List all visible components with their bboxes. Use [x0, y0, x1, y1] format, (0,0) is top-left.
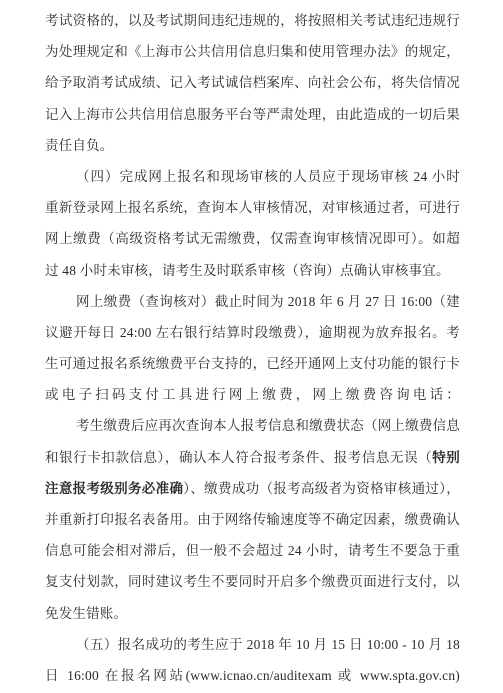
text-run: 或电子扫码支付工具进行网上缴费，网上缴费咨询电话：4001500800。	[45, 387, 460, 410]
text-line: 议避开每日 24:00 左右银行结算时段缴费），逾期视为放弃报名。考	[45, 317, 460, 348]
text-line: 复支付划款，同时建议考生不要同时开启多个缴费页面进行支付，以	[45, 566, 460, 597]
text-line: 或电子扫码支付工具进行网上缴费，网上缴费咨询电话：4001500800。	[45, 379, 460, 410]
scanned-document-page: 考试资格的，以及考试期间违纪违规的，将按照相关考试违纪违规行为处理规定和《上海市…	[0, 0, 503, 693]
bold-text-run: 注意报考级别务必准确	[45, 481, 183, 496]
text-run: 考试资格的，以及考试期间违纪违规的，将按照相关考试违纪违规行	[45, 13, 460, 28]
text-run: （五）报名成功的考生应于 2018 年 10 月 15 日 10:00 - 10…	[76, 637, 460, 652]
text-run: 议避开每日 24:00 左右银行结算时段缴费），逾期视为放弃报名。考	[45, 325, 460, 340]
text-run: 责任自负。	[45, 138, 114, 153]
text-run: 为处理规定和《上海市公共信用信息归集和使用管理办法》的规定，	[45, 44, 460, 59]
text-line: 网上缴费（高级资格考试无需缴费，仅需查询审核情况即可）。如超	[45, 223, 460, 254]
text-run: 生可通过报名系统缴费平台支持的，已经开通网上支付功能的银行卡	[45, 356, 460, 371]
text-run: ）、缴费成功（报考高级者为资格审核通过），	[183, 481, 460, 496]
text-run: 给予取消考试成绩、记入考试诚信档案库、向社会公布，将失信情况	[45, 75, 460, 90]
text-line: 日 16:00 在报名网站(www.icnao.cn/auditexam 或 w…	[45, 660, 460, 691]
text-run: 网上缴费（查询核对）截止时间为 2018 年 6 月 27 日 16:00（建	[76, 294, 460, 309]
text-line: 注意报考级别务必准确）、缴费成功（报考高级者为资格审核通过），	[45, 473, 460, 504]
text-run: （四）完成网上报名和现场审核的人员应于现场审核 24 小时后，	[45, 169, 460, 192]
text-run: 信息可能会相对滞后，但一般不会超过 24 小时，请考生不要急于重	[45, 543, 460, 558]
text-line: （五）报名成功的考生应于 2018 年 10 月 15 日 10:00 - 10…	[45, 629, 460, 660]
text-line: 信息可能会相对滞后，但一般不会超过 24 小时，请考生不要急于重	[45, 535, 460, 566]
document-text-body: 考试资格的，以及考试期间违纪违规的，将按照相关考试违纪违规行为处理规定和《上海市…	[0, 0, 503, 691]
text-run: 复支付划款，同时建议考生不要同时开启多个缴费页面进行支付，以	[45, 574, 460, 589]
text-run: 记入上海市公共信用信息服务平台等严肃处理，由此造成的一切后果	[45, 107, 460, 122]
text-line: 考生缴费后应再次查询本人报考信息和缴费状态（网上缴费信息	[45, 410, 460, 441]
text-line: 给予取消考试成绩、记入考试诚信档案库、向社会公布，将失信情况	[45, 67, 460, 98]
text-run: 免发生错账。	[45, 606, 127, 621]
text-line: 免发生错账。	[45, 598, 460, 629]
text-line: 并重新打印报名表备用。由于网络传输速度等不确定因素，缴费确认	[45, 504, 460, 535]
text-line: 和银行卡扣款信息），确认本人符合报考条件、报考信息无误（特别	[45, 442, 460, 473]
text-run: 过 48 小时未审核，请考生及时联系审核（咨询）点确认审核事宜。	[45, 263, 450, 278]
text-line: 网上缴费（查询核对）截止时间为 2018 年 6 月 27 日 16:00（建	[45, 286, 460, 317]
text-run: 网上缴费（高级资格考试无需缴费，仅需查询审核情况即可）。如超	[45, 231, 460, 246]
text-run: 日 16:00 在报名网站(www.icnao.cn/auditexam 或 w…	[45, 668, 460, 683]
text-line: 过 48 小时未审核，请考生及时联系审核（咨询）点确认审核事宜。	[45, 255, 460, 286]
text-line: 考试资格的，以及考试期间违纪违规的，将按照相关考试违纪违规行	[45, 5, 460, 36]
text-run: 和银行卡扣款信息），确认本人符合报考条件、报考信息无误（	[45, 450, 432, 465]
text-run: 考生缴费后应再次查询本人报考信息和缴费状态（网上缴费信息	[76, 418, 460, 433]
text-line: （四）完成网上报名和现场审核的人员应于现场审核 24 小时后，	[45, 161, 460, 192]
text-line: 责任自负。	[45, 130, 460, 161]
text-run: 并重新打印报名表备用。由于网络传输速度等不确定因素，缴费确认	[45, 512, 460, 527]
bold-text-run: 特别	[432, 450, 460, 465]
text-run: 重新登录网上报名系统，查询本人审核情况，对审核通过者，可进行	[45, 200, 460, 215]
text-line: 生可通过报名系统缴费平台支持的，已经开通网上支付功能的银行卡	[45, 348, 460, 379]
text-line: 重新登录网上报名系统，查询本人审核情况，对审核通过者，可进行	[45, 192, 460, 223]
text-line: 为处理规定和《上海市公共信用信息归集和使用管理办法》的规定，	[45, 36, 460, 67]
text-line: 记入上海市公共信用信息服务平台等严肃处理，由此造成的一切后果	[45, 99, 460, 130]
